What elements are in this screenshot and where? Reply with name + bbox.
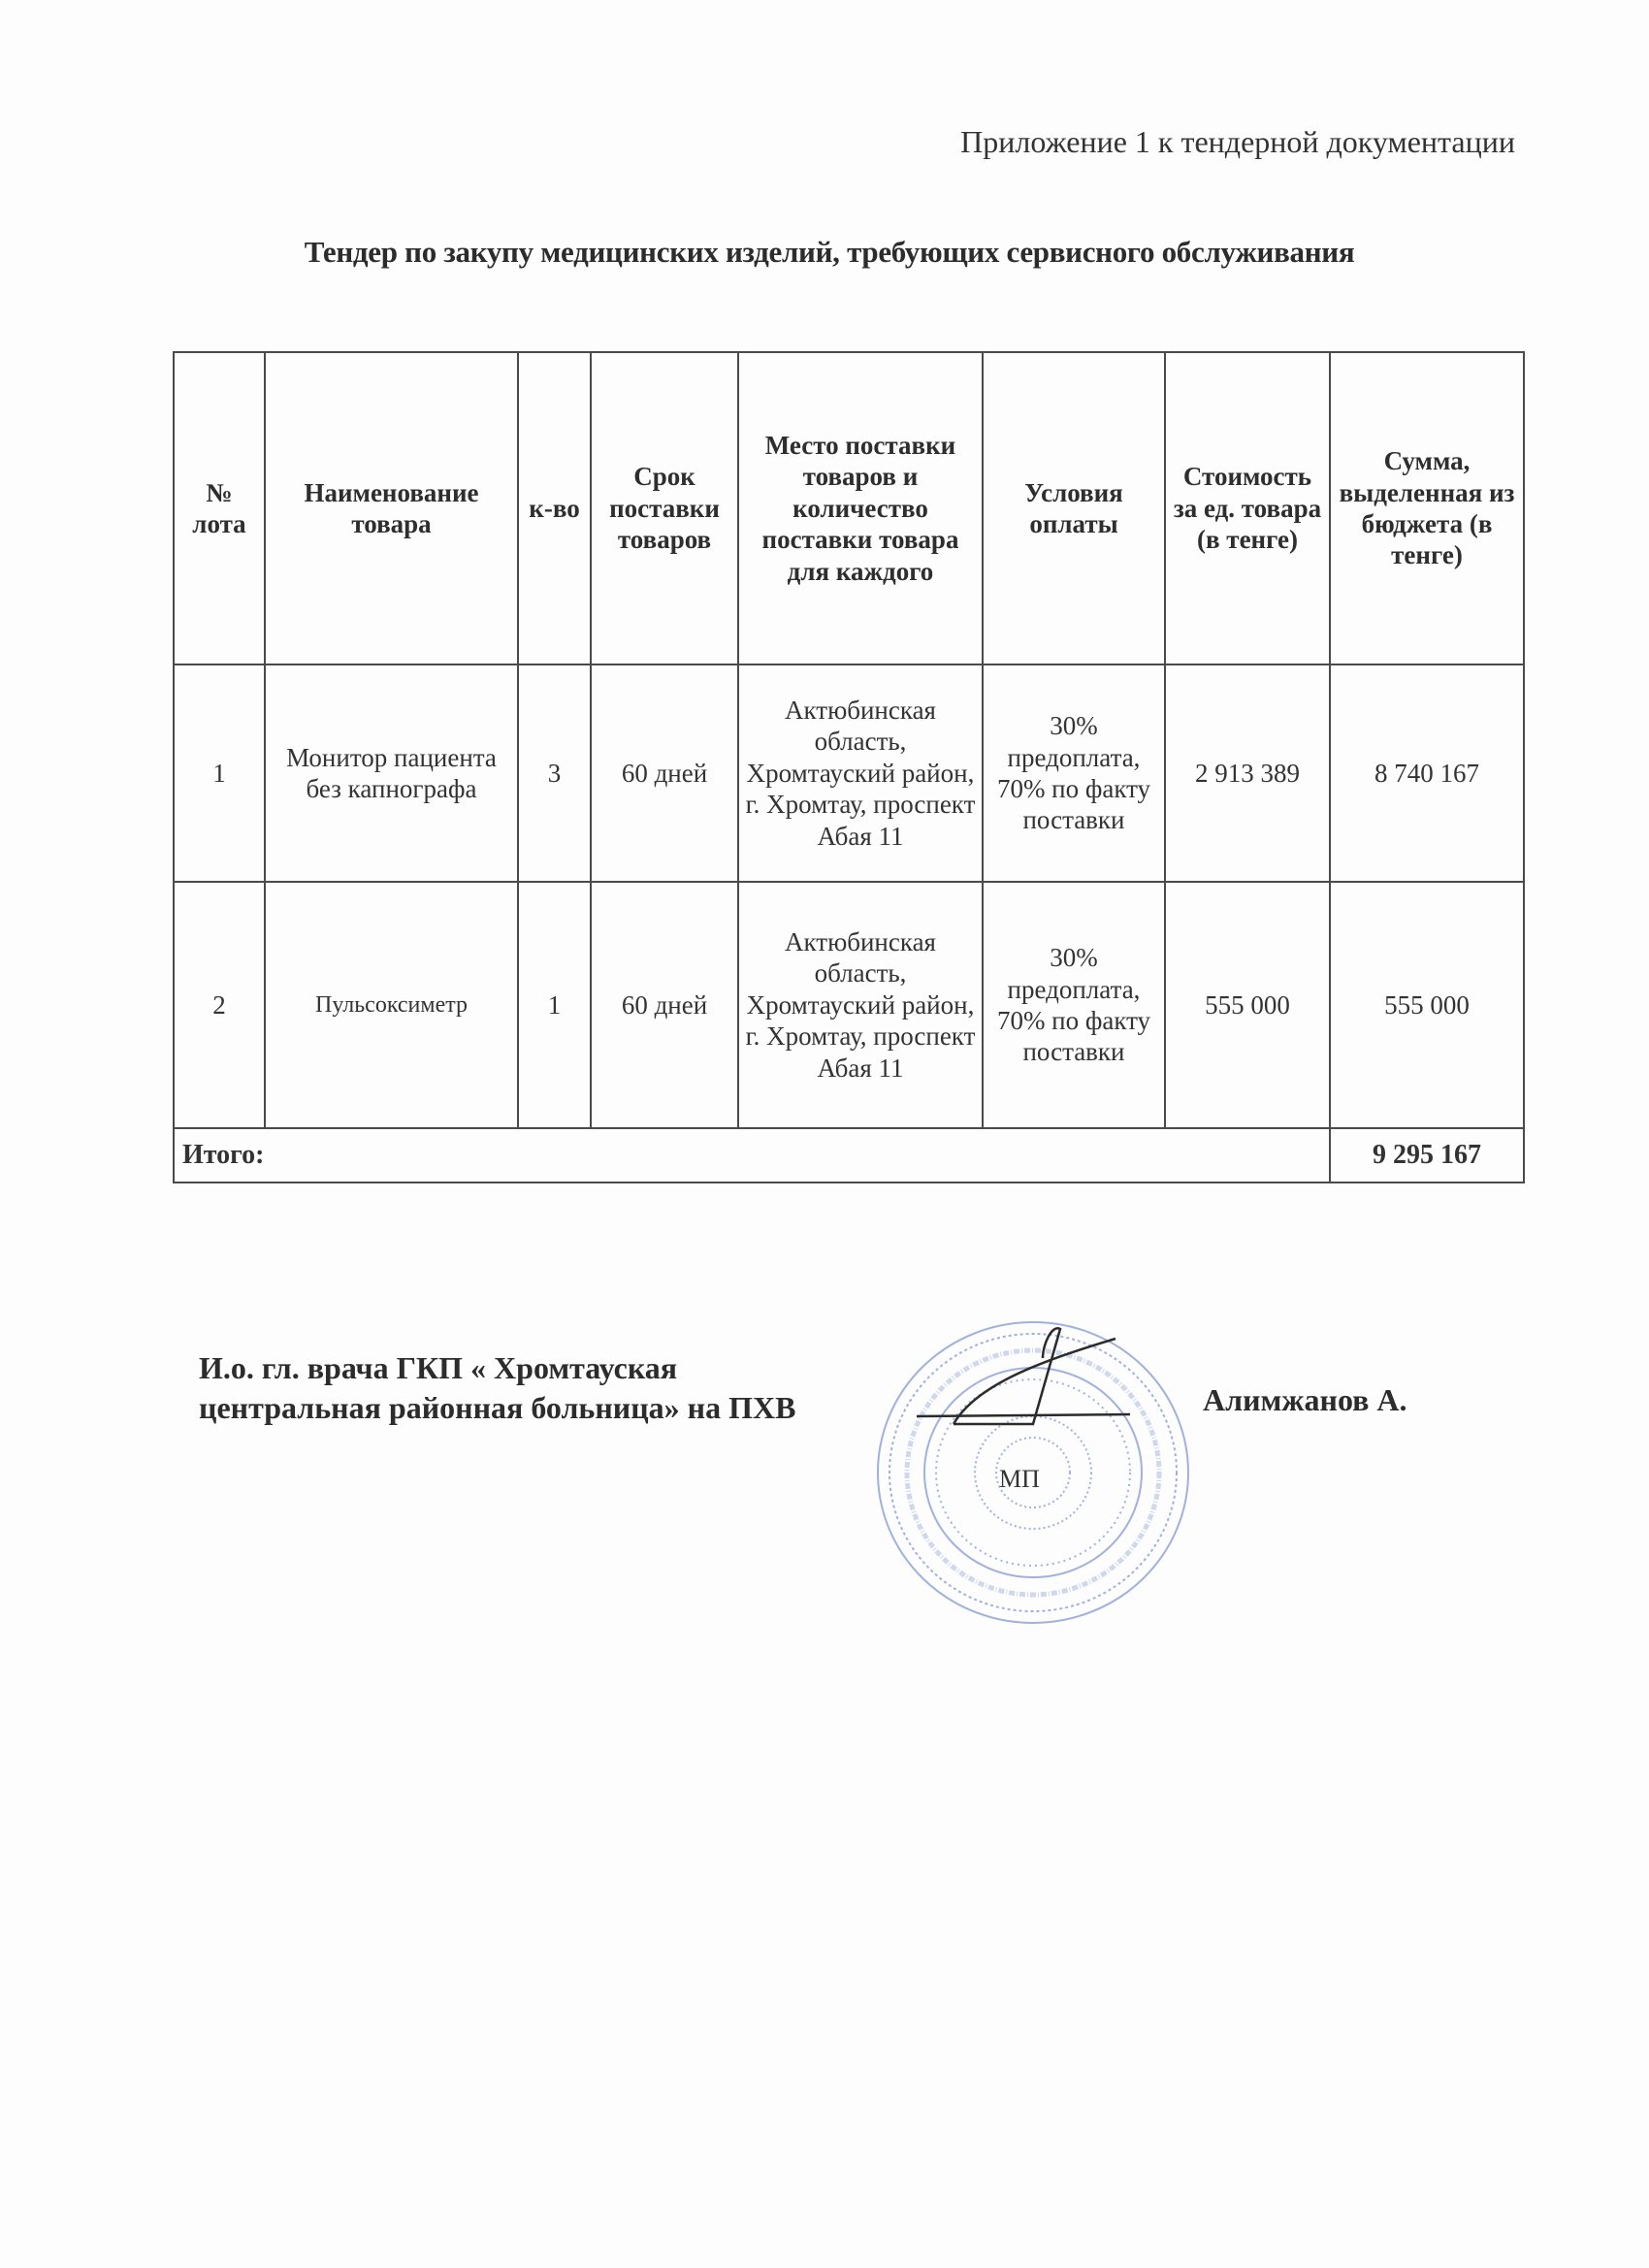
signature-scribble-icon <box>917 1328 1130 1424</box>
cell-place: Актюбинская область, Хромтауский район, … <box>738 882 983 1128</box>
cell-name: Монитор пациента без капнографа <box>265 664 518 882</box>
total-value: 9 295 167 <box>1330 1128 1524 1183</box>
cell-qty: 1 <box>518 882 591 1128</box>
cell-lot: 1 <box>174 664 265 882</box>
table-header-row: № лота Наименование товара к-во Срок пос… <box>174 352 1524 664</box>
col-header-qty: к-во <box>518 352 591 664</box>
col-header-unit-price: Стоимость за ед. товара (в тенге) <box>1165 352 1330 664</box>
col-header-name: Наименование товара <box>265 352 518 664</box>
total-row: Итого: 9 295 167 <box>174 1128 1524 1183</box>
cell-unit-price: 555 000 <box>1165 882 1330 1128</box>
table-row: 2 Пульсоксиметр 1 60 дней Актюбинская об… <box>174 882 1524 1128</box>
col-header-term: Срок поставки товаров <box>591 352 738 664</box>
cell-amount: 555 000 <box>1330 882 1524 1128</box>
col-header-lot: № лота <box>174 352 265 664</box>
col-header-amount: Сумма, выделенная из бюджета (в тенге) <box>1330 352 1524 664</box>
cell-name: Пульсоксиметр <box>265 882 518 1128</box>
cell-place: Актюбинская область, Хромтауский район, … <box>738 664 983 882</box>
signer-position-line2: центральная районная больница» на ПХВ <box>199 1388 795 1428</box>
col-header-payment: Условия оплаты <box>983 352 1165 664</box>
cell-qty: 3 <box>518 664 591 882</box>
cell-term: 60 дней <box>591 882 738 1128</box>
signer-name: Алимжанов А. <box>1203 1382 1407 1418</box>
cell-payment: 30% предоплата, 70% по факту поставки <box>983 882 1165 1128</box>
col-header-place: Место поставки товаров и количество пост… <box>738 352 983 664</box>
total-label: Итого: <box>174 1128 1330 1183</box>
document-title: Тендер по закупу медицинских изделий, тр… <box>0 235 1649 270</box>
cell-amount: 8 740 167 <box>1330 664 1524 882</box>
cell-unit-price: 2 913 389 <box>1165 664 1330 882</box>
appendix-note: Приложение 1 к тендерной документации <box>960 124 1515 160</box>
cell-lot: 2 <box>174 882 265 1128</box>
signer-position-line1: И.о. гл. врача ГКП « Хромтауская <box>199 1348 795 1388</box>
cell-payment: 30% предоплата, 70% по факту поставки <box>983 664 1165 882</box>
table-row: 1 Монитор пациента без капнографа 3 60 д… <box>174 664 1524 882</box>
stamp-label: МП <box>999 1465 1040 1494</box>
signer-position: И.о. гл. врача ГКП « Хромтауская централ… <box>199 1348 795 1428</box>
cell-term: 60 дней <box>591 664 738 882</box>
lots-table: № лота Наименование товара к-во Срок пос… <box>173 351 1525 1183</box>
